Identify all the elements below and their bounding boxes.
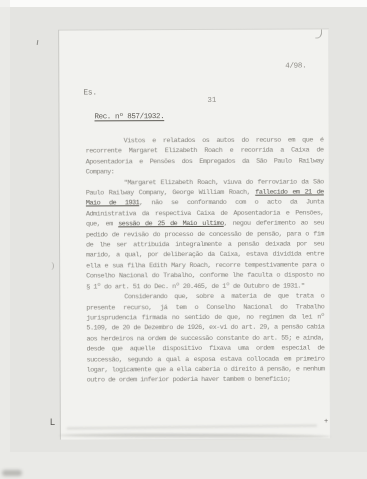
paragraph-considerando: Considerando que, sobre a materia de que… [86,292,324,387]
corner-annotation: 4/98. [285,63,306,71]
document-scan: 4/98. Es. 31 Rec. nº 857/1932. Vistos e … [0,0,367,479]
paragraph-quote: "Margaret Elizabeth Roach, viuva do ferr… [86,177,324,293]
scan-corner-smudge [2,470,22,476]
crop-mark-bottom-left: L [50,417,55,427]
document-body: Vistos e relatados os autos do recurso e… [86,135,325,386]
paragraph-intro: Vistos e relatados os autos do recurso e… [86,135,324,178]
registration-tick-mark [37,40,39,45]
page-number: 31 [207,97,216,105]
scan-bottom-margin [0,452,367,479]
crop-mark-bottom-right: + [324,418,328,426]
margin-annotation: Es. [83,88,97,97]
paper-edge-shadow [59,433,331,438]
document-page: 4/98. Es. 31 Rec. nº 857/1932. Vistos e … [58,28,331,439]
margin-pen-mark [48,262,54,270]
document-heading: Rec. nº 857/1932. [94,113,164,121]
scan-top-border [0,0,367,7]
paper-edge-shadow [67,425,317,430]
scan-left-border [0,0,10,479]
paper-crease-mark [315,29,322,38]
